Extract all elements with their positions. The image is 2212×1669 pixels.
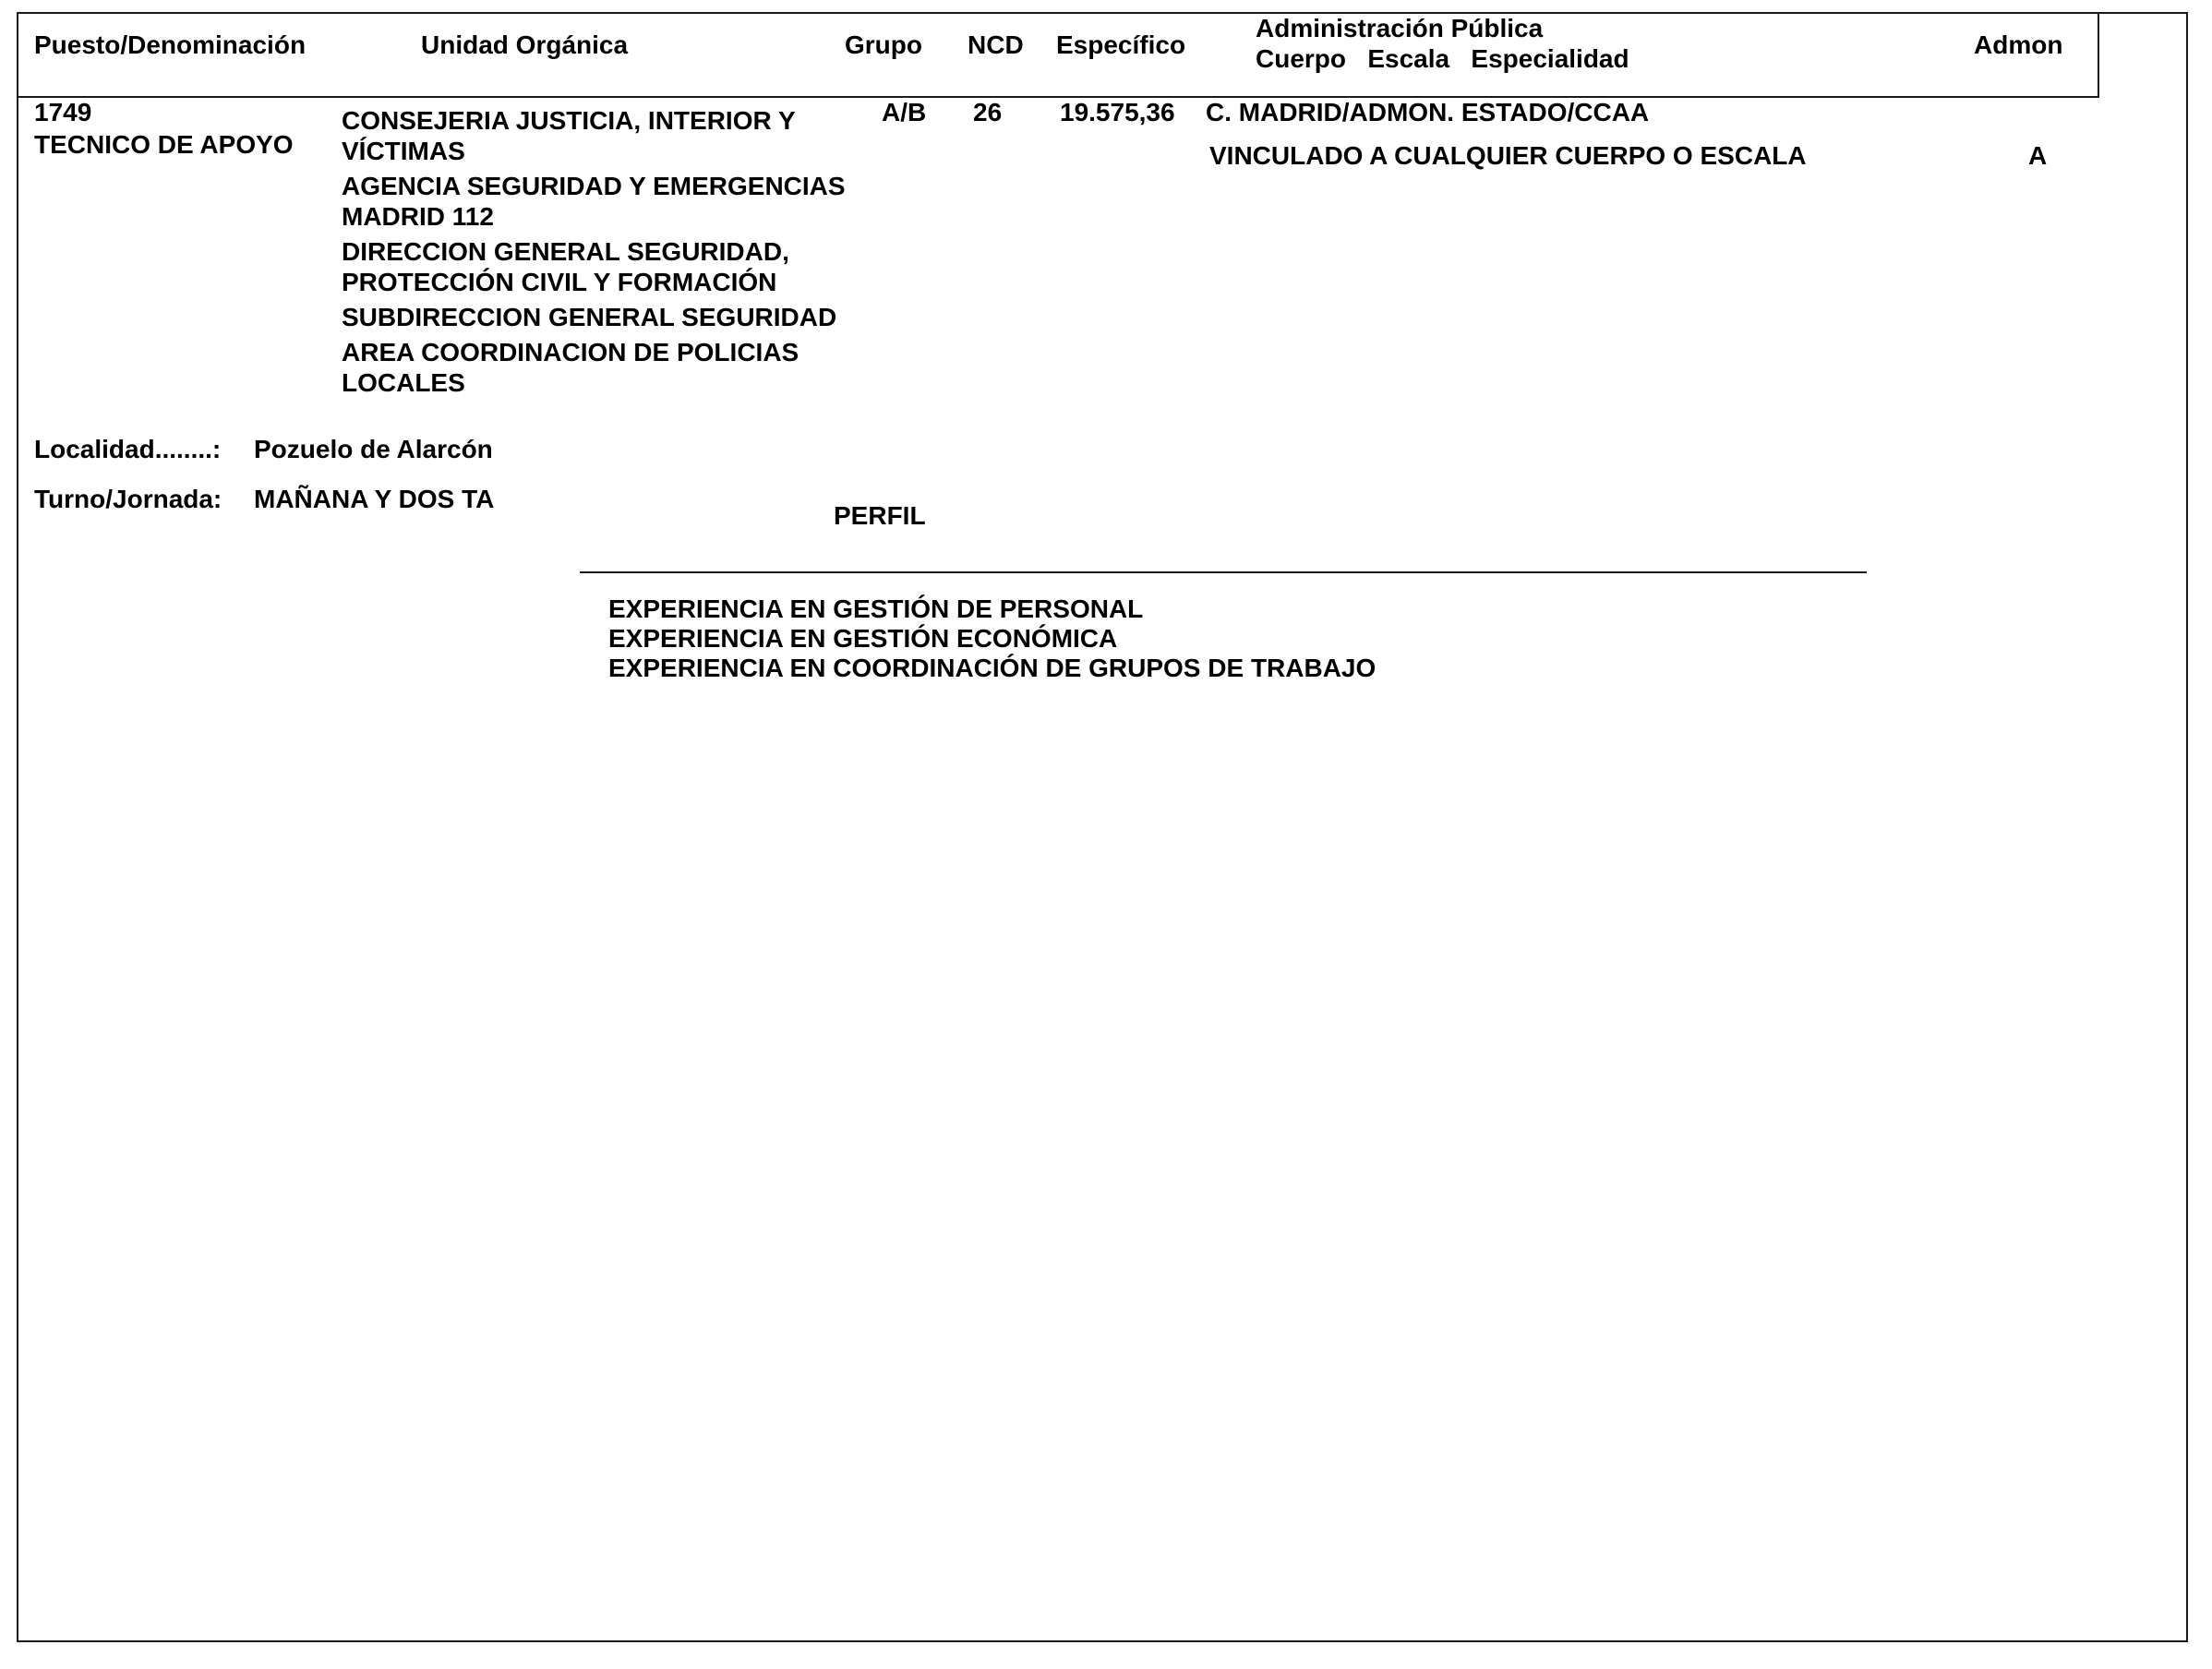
perfil-item: EXPERIENCIA EN GESTIÓN ECONÓMICA	[608, 624, 1376, 654]
header-administracion: Administración Pública	[1256, 16, 1543, 42]
perfil-item: EXPERIENCIA EN COORDINACIÓN DE GRUPOS DE…	[608, 654, 1376, 683]
unidad-item: AGENCIA SEGURIDAD Y EMERGENCIAS MADRID 1…	[342, 171, 859, 232]
perfil-list: EXPERIENCIA EN GESTIÓN DE PERSONAL EXPER…	[608, 594, 1376, 683]
localidad-label: Localidad........:	[34, 437, 221, 462]
header-cuerpo-escala: Cuerpo Escala Especialidad	[1256, 46, 1629, 72]
admon-value: A	[2028, 143, 2047, 169]
header-admon: Admon	[1974, 32, 2062, 58]
header-unidad: Unidad Orgánica	[421, 32, 628, 58]
grupo-value: A/B	[882, 100, 926, 126]
unidad-item: SUBDIRECCION GENERAL SEGURIDAD	[342, 302, 859, 332]
perfil-item: EXPERIENCIA EN GESTIÓN DE PERSONAL	[608, 594, 1376, 624]
puesto-denominacion: TECNICO DE APOYO	[34, 132, 294, 158]
turno-value: MAÑANA Y DOS TA	[254, 486, 494, 512]
header-ncd: NCD	[968, 32, 1024, 58]
header-puesto: Puesto/Denominación	[34, 32, 306, 58]
especifico-value: 19.575,36	[1060, 100, 1175, 126]
unidad-item: AREA COORDINACION DE POLICIAS LOCALES	[342, 337, 859, 398]
administracion-value: C. MADRID/ADMON. ESTADO/CCAA	[1206, 100, 1649, 126]
cuerpo-value: VINCULADO A CUALQUIER CUERPO O ESCALA	[1209, 143, 1807, 169]
header-grupo: Grupo	[845, 32, 922, 58]
perfil-divider	[580, 571, 1867, 573]
localidad-value: Pozuelo de Alarcón	[254, 437, 493, 462]
turno-label: Turno/Jornada:	[34, 486, 222, 512]
header-especifico: Específico	[1056, 32, 1185, 58]
perfil-title: PERFIL	[834, 503, 926, 529]
ncd-value: 26	[973, 100, 1002, 126]
unidad-item: CONSEJERIA JUSTICIA, INTERIOR Y VÍCTIMAS	[342, 105, 859, 166]
puesto-numero: 1749	[34, 100, 91, 126]
unidad-item: DIRECCION GENERAL SEGURIDAD, PROTECCIÓN …	[342, 236, 859, 297]
unidad-organica-list: CONSEJERIA JUSTICIA, INTERIOR Y VÍCTIMAS…	[342, 105, 859, 402]
